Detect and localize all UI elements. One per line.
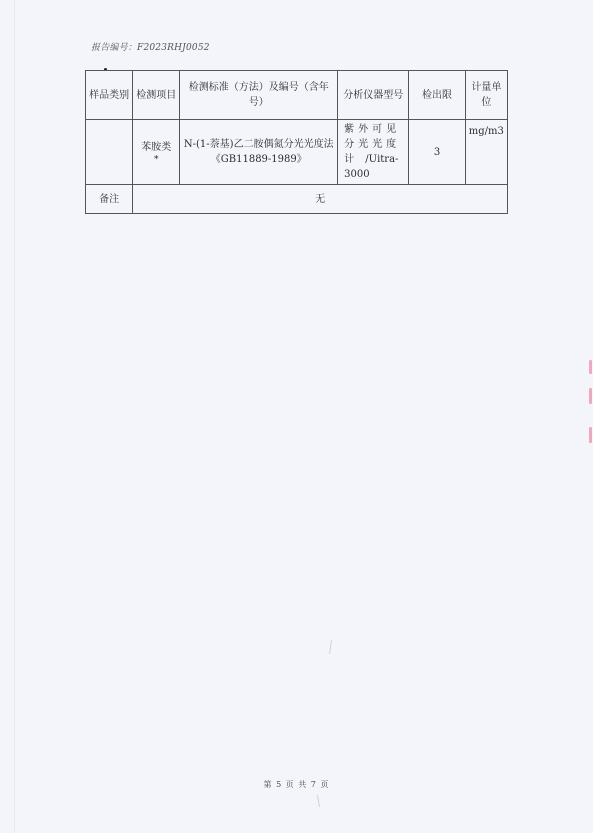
col-header-method: 检测标准（方法）及编号（含年号） — [180, 71, 338, 120]
page-number: 第 5 页 共 7 页 — [0, 779, 593, 790]
seal-fragment — [589, 427, 592, 443]
remarks-label: 备注 — [86, 185, 133, 214]
paper-mark — [329, 640, 332, 654]
col-header-instrument: 分析仪器型号 — [338, 71, 409, 120]
page-edge — [14, 0, 15, 833]
report-number: 报告编号：F2023RHJ0052 — [91, 40, 210, 53]
seal-fragment — [589, 360, 592, 374]
remarks-row: 备注 无 — [86, 185, 508, 214]
col-header-unit: 计量单位 — [465, 71, 507, 120]
cell-method: N-(1-萘基)乙二胺偶氮分光光度法《GB11889-1989》 — [180, 120, 338, 185]
accreditation-mark: * — [136, 155, 176, 165]
table-row: 苯胺类 * N-(1-萘基)乙二胺偶氮分光光度法《GB11889-1989》 紫… — [86, 120, 508, 185]
paper-mark — [317, 795, 320, 807]
cell-instrument: 紫外可见分光光度计 /Uitra-3000 — [338, 120, 409, 185]
col-header-test-item: 检测项目 — [133, 71, 180, 120]
test-method-table: 样品类别 检测项目 检测标准（方法）及编号（含年号） 分析仪器型号 检出限 计量… — [85, 70, 508, 214]
test-item-name: 苯胺类 — [141, 142, 171, 153]
cell-unit: mg/m3 — [465, 120, 507, 185]
col-header-detection-limit: 检出限 — [409, 71, 465, 120]
col-header-sample-category: 样品类别 — [86, 71, 133, 120]
remarks-value: 无 — [133, 185, 508, 214]
cell-test-item: 苯胺类 * — [133, 120, 180, 185]
seal-fragment — [589, 388, 592, 404]
table-header-row: 样品类别 检测项目 检测标准（方法）及编号（含年号） 分析仪器型号 检出限 计量… — [86, 71, 508, 120]
cell-sample-category — [86, 120, 133, 185]
cell-detection-limit: 3 — [409, 120, 465, 185]
